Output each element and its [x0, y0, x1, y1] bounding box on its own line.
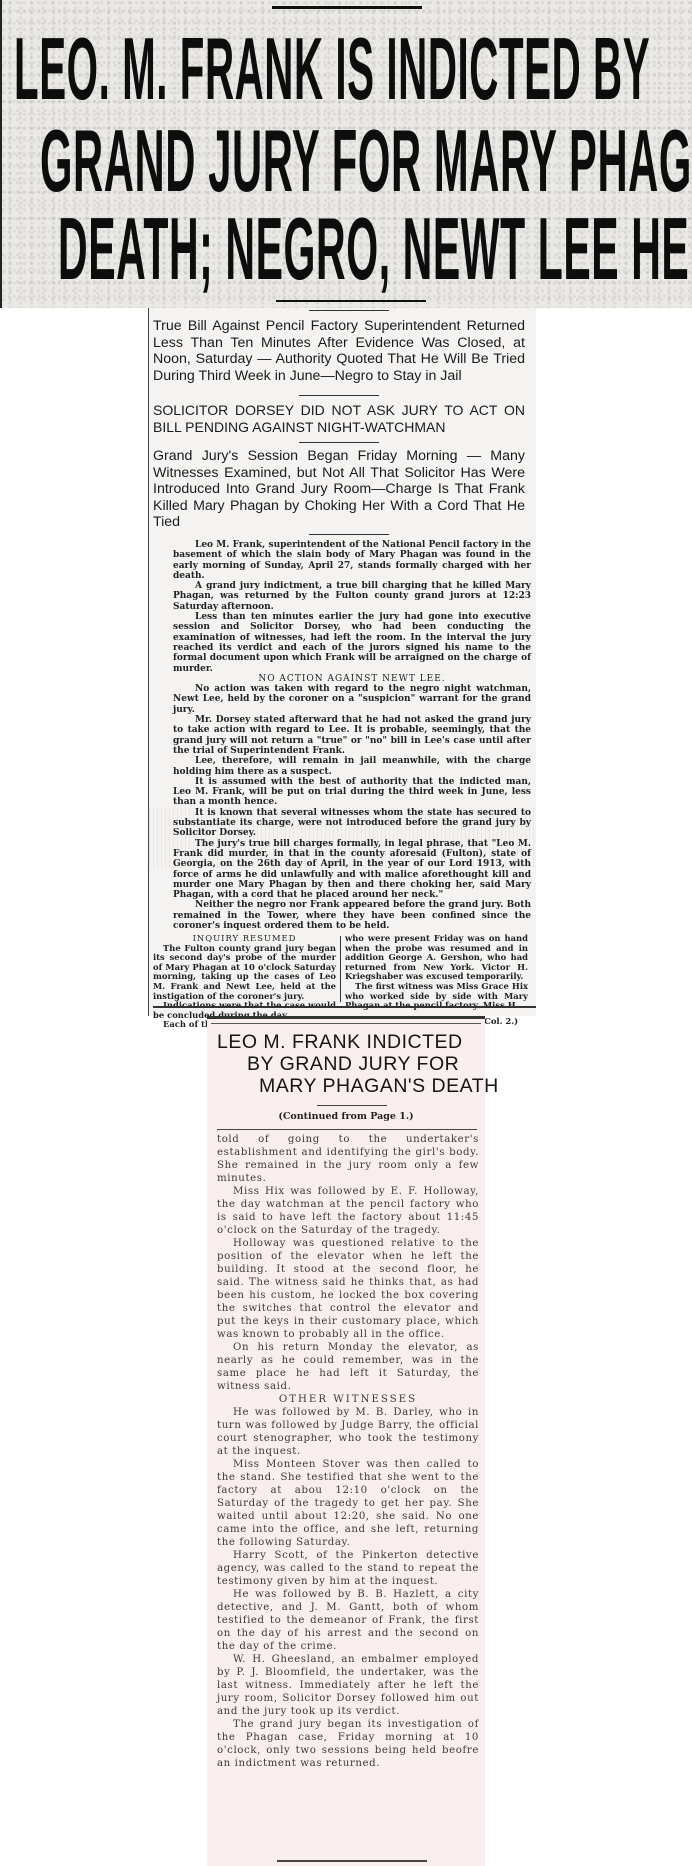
continuation-body: told of going to the undertaker's establ… [217, 1133, 479, 1770]
continued-from-note: (Continued from Page 1.) [207, 1111, 485, 1122]
paragraph: Harry Scott, of the Pinkerton detective … [217, 1549, 479, 1588]
paragraph: W. H. Gheesland, an embalmer employed by… [217, 1653, 479, 1718]
continuation-headline-line-2: BY GRAND JURY FOR [217, 1053, 482, 1075]
paragraph: No action was taken with regard to the n… [173, 684, 531, 715]
paragraph: Less than ten minutes earlier the jury h… [173, 612, 531, 674]
deck-top-rule [309, 310, 389, 311]
paragraph: Mr. Dorsey stated afterward that he had … [173, 715, 531, 756]
deck-subheadline-2: SOLICITOR DORSEY DID NOT ASK JURY TO ACT… [153, 402, 525, 435]
continuation-headline: LEO M. FRANK INDICTED BY GRAND JURY FOR … [217, 1031, 482, 1097]
paragraph: told of going to the undertaker's establ… [217, 1133, 479, 1185]
paragraph: Miss Hix was followed by E. F. Holloway,… [217, 1185, 479, 1237]
paragraph: who were present Friday was on hand when… [345, 934, 528, 982]
deck-separator [299, 442, 379, 443]
headline-bottom-rule [276, 300, 426, 302]
deck-subheadline-3: Grand Jury's Session Began Friday Mornin… [153, 448, 525, 531]
continuation-top-rule [211, 1023, 481, 1024]
article-body: Leo M. Frank, superintendent of the Nati… [173, 540, 531, 931]
paragraph: Lee, therefore, will remain in jail mean… [173, 756, 531, 777]
paragraph: The jury's true bill charges formally, i… [173, 839, 531, 901]
paragraph: He was followed by B. B. Hazlett, a city… [217, 1588, 479, 1653]
headline-line-3: DEATH; NEGRO, NEWT LEE HELD [58, 206, 692, 294]
front-page-article: True Bill Against Pencil Factory Superin… [148, 308, 536, 1016]
paragraph: It is assumed with the best of authority… [173, 777, 531, 808]
paragraph: The Fulton county grand jury began its s… [153, 944, 336, 1002]
section-subhead: OTHER WITNESSES [217, 1393, 479, 1406]
paragraph: It is known that several witnesses whom … [173, 808, 531, 839]
article-bottom-rule [153, 1006, 536, 1008]
paragraph: Neither the negro nor Frank appeared bef… [173, 900, 531, 931]
two-column-section: INQUIRY RESUMED The Fulton county grand … [153, 934, 533, 1004]
paragraph: Miss Monteen Stover was then called to t… [217, 1458, 479, 1549]
headline-line-2: GRAND JURY FOR MARY PHAGAN'S [40, 118, 692, 206]
paragraph: The grand jury began its investigation o… [217, 1718, 479, 1770]
headline-rule [317, 1105, 387, 1106]
continuation-clipping: LEO M. FRANK INDICTED BY GRAND JURY FOR … [207, 1016, 485, 1866]
section-subhead: NO ACTION AGAINST NEWT LEE. [173, 674, 531, 684]
paragraph: Holloway was questioned relative to the … [217, 1237, 479, 1341]
paragraph: Leo M. Frank, superintendent of the Nati… [173, 540, 531, 581]
headline-top-rule [272, 6, 422, 9]
deck-separator [309, 534, 389, 535]
paragraph: On his return Monday the elevator, as ne… [217, 1341, 479, 1393]
column-divider [340, 936, 341, 1002]
deck-subheadline-1: True Bill Against Pencil Factory Superin… [153, 318, 525, 384]
continuation-bottom-rule [277, 1860, 427, 1862]
continuation-headline-line-1: LEO M. FRANK INDICTED [217, 1031, 482, 1053]
continued-from-rule [217, 1129, 477, 1130]
paragraph: A grand jury indictment, a true bill cha… [173, 581, 531, 612]
deck-separator [299, 395, 379, 396]
paragraph: He was followed by M. B. Darley, who in … [217, 1406, 479, 1458]
right-column: who were present Friday was on hand when… [345, 934, 528, 1026]
headline-clipping: LEO. M. FRANK IS INDICTED BY GRAND JURY … [0, 0, 692, 308]
continuation-headline-line-3: MARY PHAGAN'S DEATH [217, 1075, 482, 1097]
headline-line-1: LEO. M. FRANK IS INDICTED BY [14, 26, 650, 114]
